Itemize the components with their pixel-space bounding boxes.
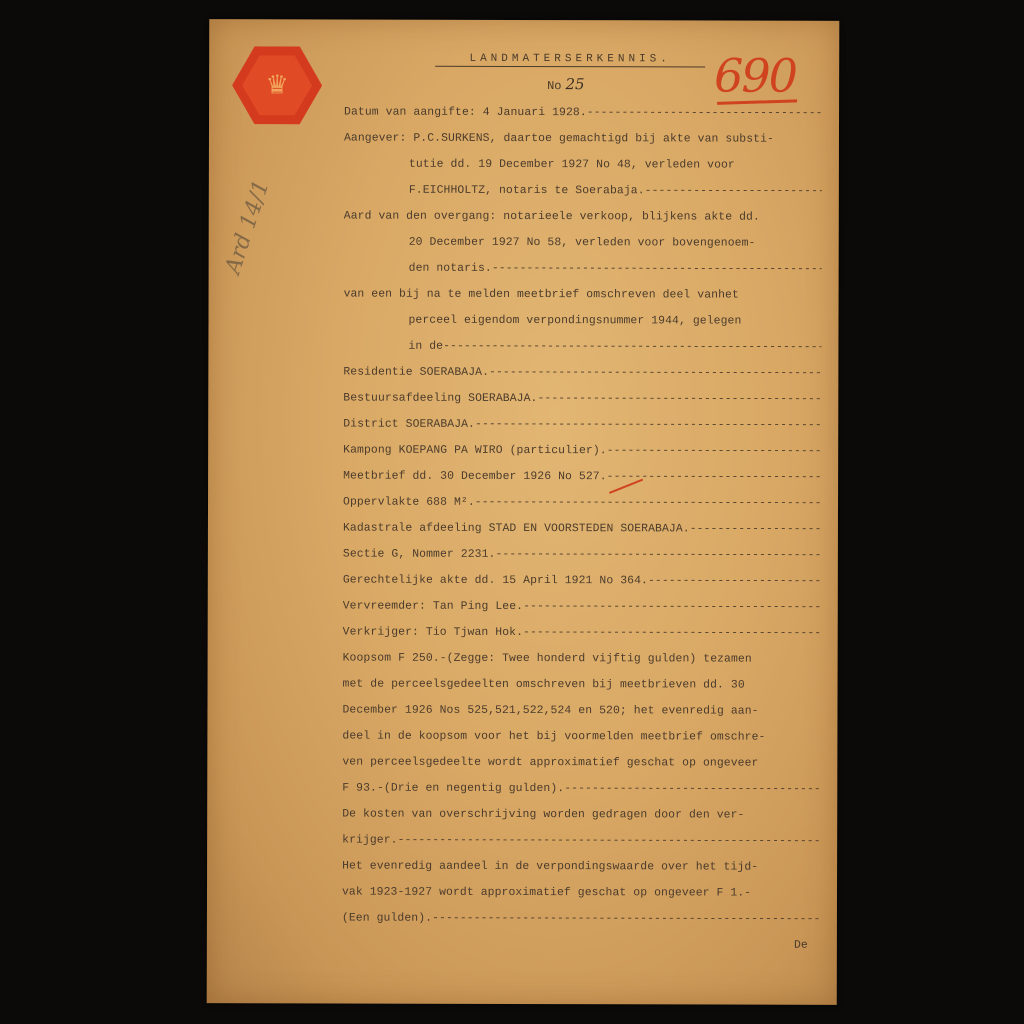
line-text: krijger.	[342, 835, 398, 847]
text-line: F 93.-(Drie en negentig gulden).--------…	[342, 776, 820, 803]
text-line: Gerechtelijke akte dd. 15 April 1921 No …	[343, 568, 821, 595]
number-handwritten: 25	[566, 75, 585, 93]
line-text: van een bij na te melden meetbrief omsch…	[344, 289, 739, 302]
text-line: (Een gulden).---------------------------…	[342, 906, 820, 933]
dash-filler: ----------------------------------------…	[443, 341, 821, 354]
line-text: Het evenredig aandeel in de verpondingsw…	[342, 861, 758, 874]
dash-filler: ----------------------------------------…	[648, 575, 821, 588]
line-text: den notaris.	[409, 263, 492, 275]
line-text: tutie dd. 19 December 1927 No 48, verled…	[409, 159, 735, 172]
text-line: ven perceelsgedeelte wordt approximatief…	[342, 750, 820, 777]
line-text: (Een gulden).	[342, 913, 432, 925]
line-text: District SOERABAJA.	[343, 419, 475, 431]
dash-filler: ----------------------------------------…	[432, 913, 820, 926]
line-text: vak 1923-1927 wordt approximatief gescha…	[342, 887, 751, 900]
text-line: District SOERABAJA.---------------------…	[343, 412, 821, 439]
line-text: in de	[408, 341, 443, 353]
pencil-note: Ard 14/1	[221, 177, 275, 277]
line-text: ven perceelsgedeelte wordt approximatief…	[342, 757, 758, 770]
text-line: December 1926 Nos 525,521,522,524 en 520…	[342, 698, 820, 725]
line-text: Residentie SOERABAJA.	[343, 367, 489, 379]
text-line: Koopsom F 250.-(Zegge: Twee honderd vijf…	[343, 646, 821, 673]
dash-filler: ----------------------------------------…	[607, 445, 821, 458]
text-line: Oppervlakte 688 M².---------------------…	[343, 490, 821, 517]
text-line: Meetbrief dd. 30 December 1926 No 527.--…	[343, 464, 821, 491]
line-text: Verkrijger: Tio Tjwan Hok.	[343, 627, 523, 639]
text-line: Kampong KOEPANG PA WIRO (particulier).--…	[343, 438, 821, 465]
line-text: met de perceelsgedeelten omschreven bij …	[343, 679, 745, 692]
dash-filler: ----------------------------------------…	[489, 367, 821, 380]
text-line: Datum van aangifte: 4 Januari 1928.-----…	[344, 100, 822, 127]
line-text: Bestuursafdeeling SOERABAJA.	[343, 393, 537, 406]
text-line: Aangever: P.C.SURKENS, daartoe gemachtig…	[344, 126, 822, 153]
text-line: Sectie G, Nommer 2231.------------------…	[343, 542, 821, 569]
text-line: tutie dd. 19 December 1927 No 48, verled…	[344, 152, 822, 179]
text-line: De	[342, 932, 820, 959]
line-text: December 1926 Nos 525,521,522,524 en 520…	[342, 705, 758, 718]
text-line: Vervreemder: Tan Ping Lee.--------------…	[343, 594, 821, 621]
text-line: Residentie SOERABAJA.-------------------…	[343, 360, 821, 387]
line-text: Aangever: P.C.SURKENS, daartoe gemachtig…	[344, 133, 774, 146]
revenue-seal-icon: ♛	[232, 46, 322, 124]
text-line: Het evenredig aandeel in de verpondingsw…	[342, 854, 820, 881]
line-text: Oppervlakte 688 M².	[343, 497, 475, 509]
dash-filler: ----------------------------------------…	[475, 419, 821, 432]
text-line: De kosten van overschrijving worden gedr…	[342, 802, 820, 829]
line-text: Aard van den overgang: notarieele verkoo…	[344, 211, 760, 224]
dash-filler: ----------------------------------------…	[537, 393, 821, 406]
document-page: ♛ Ard 14/1 LANDMATERSERKENNIS. 690 No25 …	[207, 19, 840, 1005]
line-text: Kadastrale afdeeling STAD EN VOORSTEDEN …	[343, 523, 690, 536]
line-text: De	[794, 940, 808, 952]
text-line: Kadastrale afdeeling STAD EN VOORSTEDEN …	[343, 516, 821, 543]
lion-crest-icon: ♛	[242, 55, 312, 115]
dash-filler: ----------------------------------------…	[492, 263, 822, 276]
text-line: van een bij na te melden meetbrief omsch…	[344, 282, 822, 309]
text-line: Bestuursafdeeling SOERABAJA.------------…	[343, 386, 821, 413]
text-line: Aard van den overgang: notarieele verkoo…	[344, 204, 822, 231]
dash-filler: ----------------------------------------…	[398, 835, 821, 848]
line-text: 20 December 1927 No 58, verleden voor bo…	[409, 237, 756, 250]
line-text: Gerechtelijke akte dd. 15 April 1921 No …	[343, 575, 648, 588]
dash-filler: ----------------------------------------…	[607, 471, 821, 484]
dash-filler: ----------------------------------------…	[495, 549, 820, 562]
line-text: Vervreemder: Tan Ping Lee.	[343, 601, 523, 613]
text-line: F.EICHHOLTZ, notaris te Soerabaja.------…	[344, 178, 822, 205]
number-label: No	[547, 79, 561, 93]
text-line: in de-----------------------------------…	[343, 334, 821, 361]
text-line: Verkrijger: Tio Tjwan Hok.--------------…	[343, 620, 821, 647]
text-line: deel in de koopsom voor het bij voormeld…	[342, 724, 820, 751]
dash-filler: ----------------------------------------…	[523, 627, 821, 640]
dash-filler: ----------------------------------------…	[564, 783, 820, 796]
text-line: perceel eigendom verpondingsnummer 1944,…	[343, 308, 821, 335]
dash-filler: ----------------------------------------…	[690, 523, 821, 536]
line-text: deel in de koopsom voor het bij voormeld…	[342, 731, 765, 744]
line-text: Sectie G, Nommer 2231.	[343, 549, 496, 561]
line-text: De kosten van overschrijving worden gedr…	[342, 809, 744, 822]
dash-filler: ----------------------------------------…	[523, 601, 821, 614]
text-line: krijger.--------------------------------…	[342, 828, 820, 855]
document-number: No25	[547, 75, 585, 93]
line-text: Meetbrief dd. 30 December 1926 No 527.	[343, 471, 607, 484]
red-annotation: 690	[714, 48, 796, 102]
text-line: vak 1923-1927 wordt approximatief gescha…	[342, 880, 820, 907]
line-text: Datum van aangifte: 4 Januari 1928.	[344, 107, 587, 120]
dash-filler: ----------------------------------------…	[475, 497, 821, 510]
line-text: F.EICHHOLTZ, notaris te Soerabaja.	[409, 185, 645, 198]
line-text: Kampong KOEPANG PA WIRO (particulier).	[343, 445, 607, 458]
text-line: 20 December 1927 No 58, verleden voor bo…	[344, 230, 822, 257]
line-text: perceel eigendom verpondingsnummer 1944,…	[408, 315, 741, 328]
document-title: LANDMATERSERKENNIS.	[435, 53, 705, 68]
document-body: Datum van aangifte: 4 Januari 1928.-----…	[342, 100, 822, 959]
line-text: Koopsom F 250.-(Zegge: Twee honderd vijf…	[343, 653, 752, 666]
line-text: F 93.-(Drie en negentig gulden).	[342, 783, 564, 796]
text-line: den notaris.----------------------------…	[344, 256, 822, 283]
text-line: met de perceelsgedeelten omschreven bij …	[343, 672, 821, 699]
dash-filler: ----------------------------------------…	[587, 107, 822, 120]
dash-filler: ----------------------------------------…	[645, 185, 822, 198]
